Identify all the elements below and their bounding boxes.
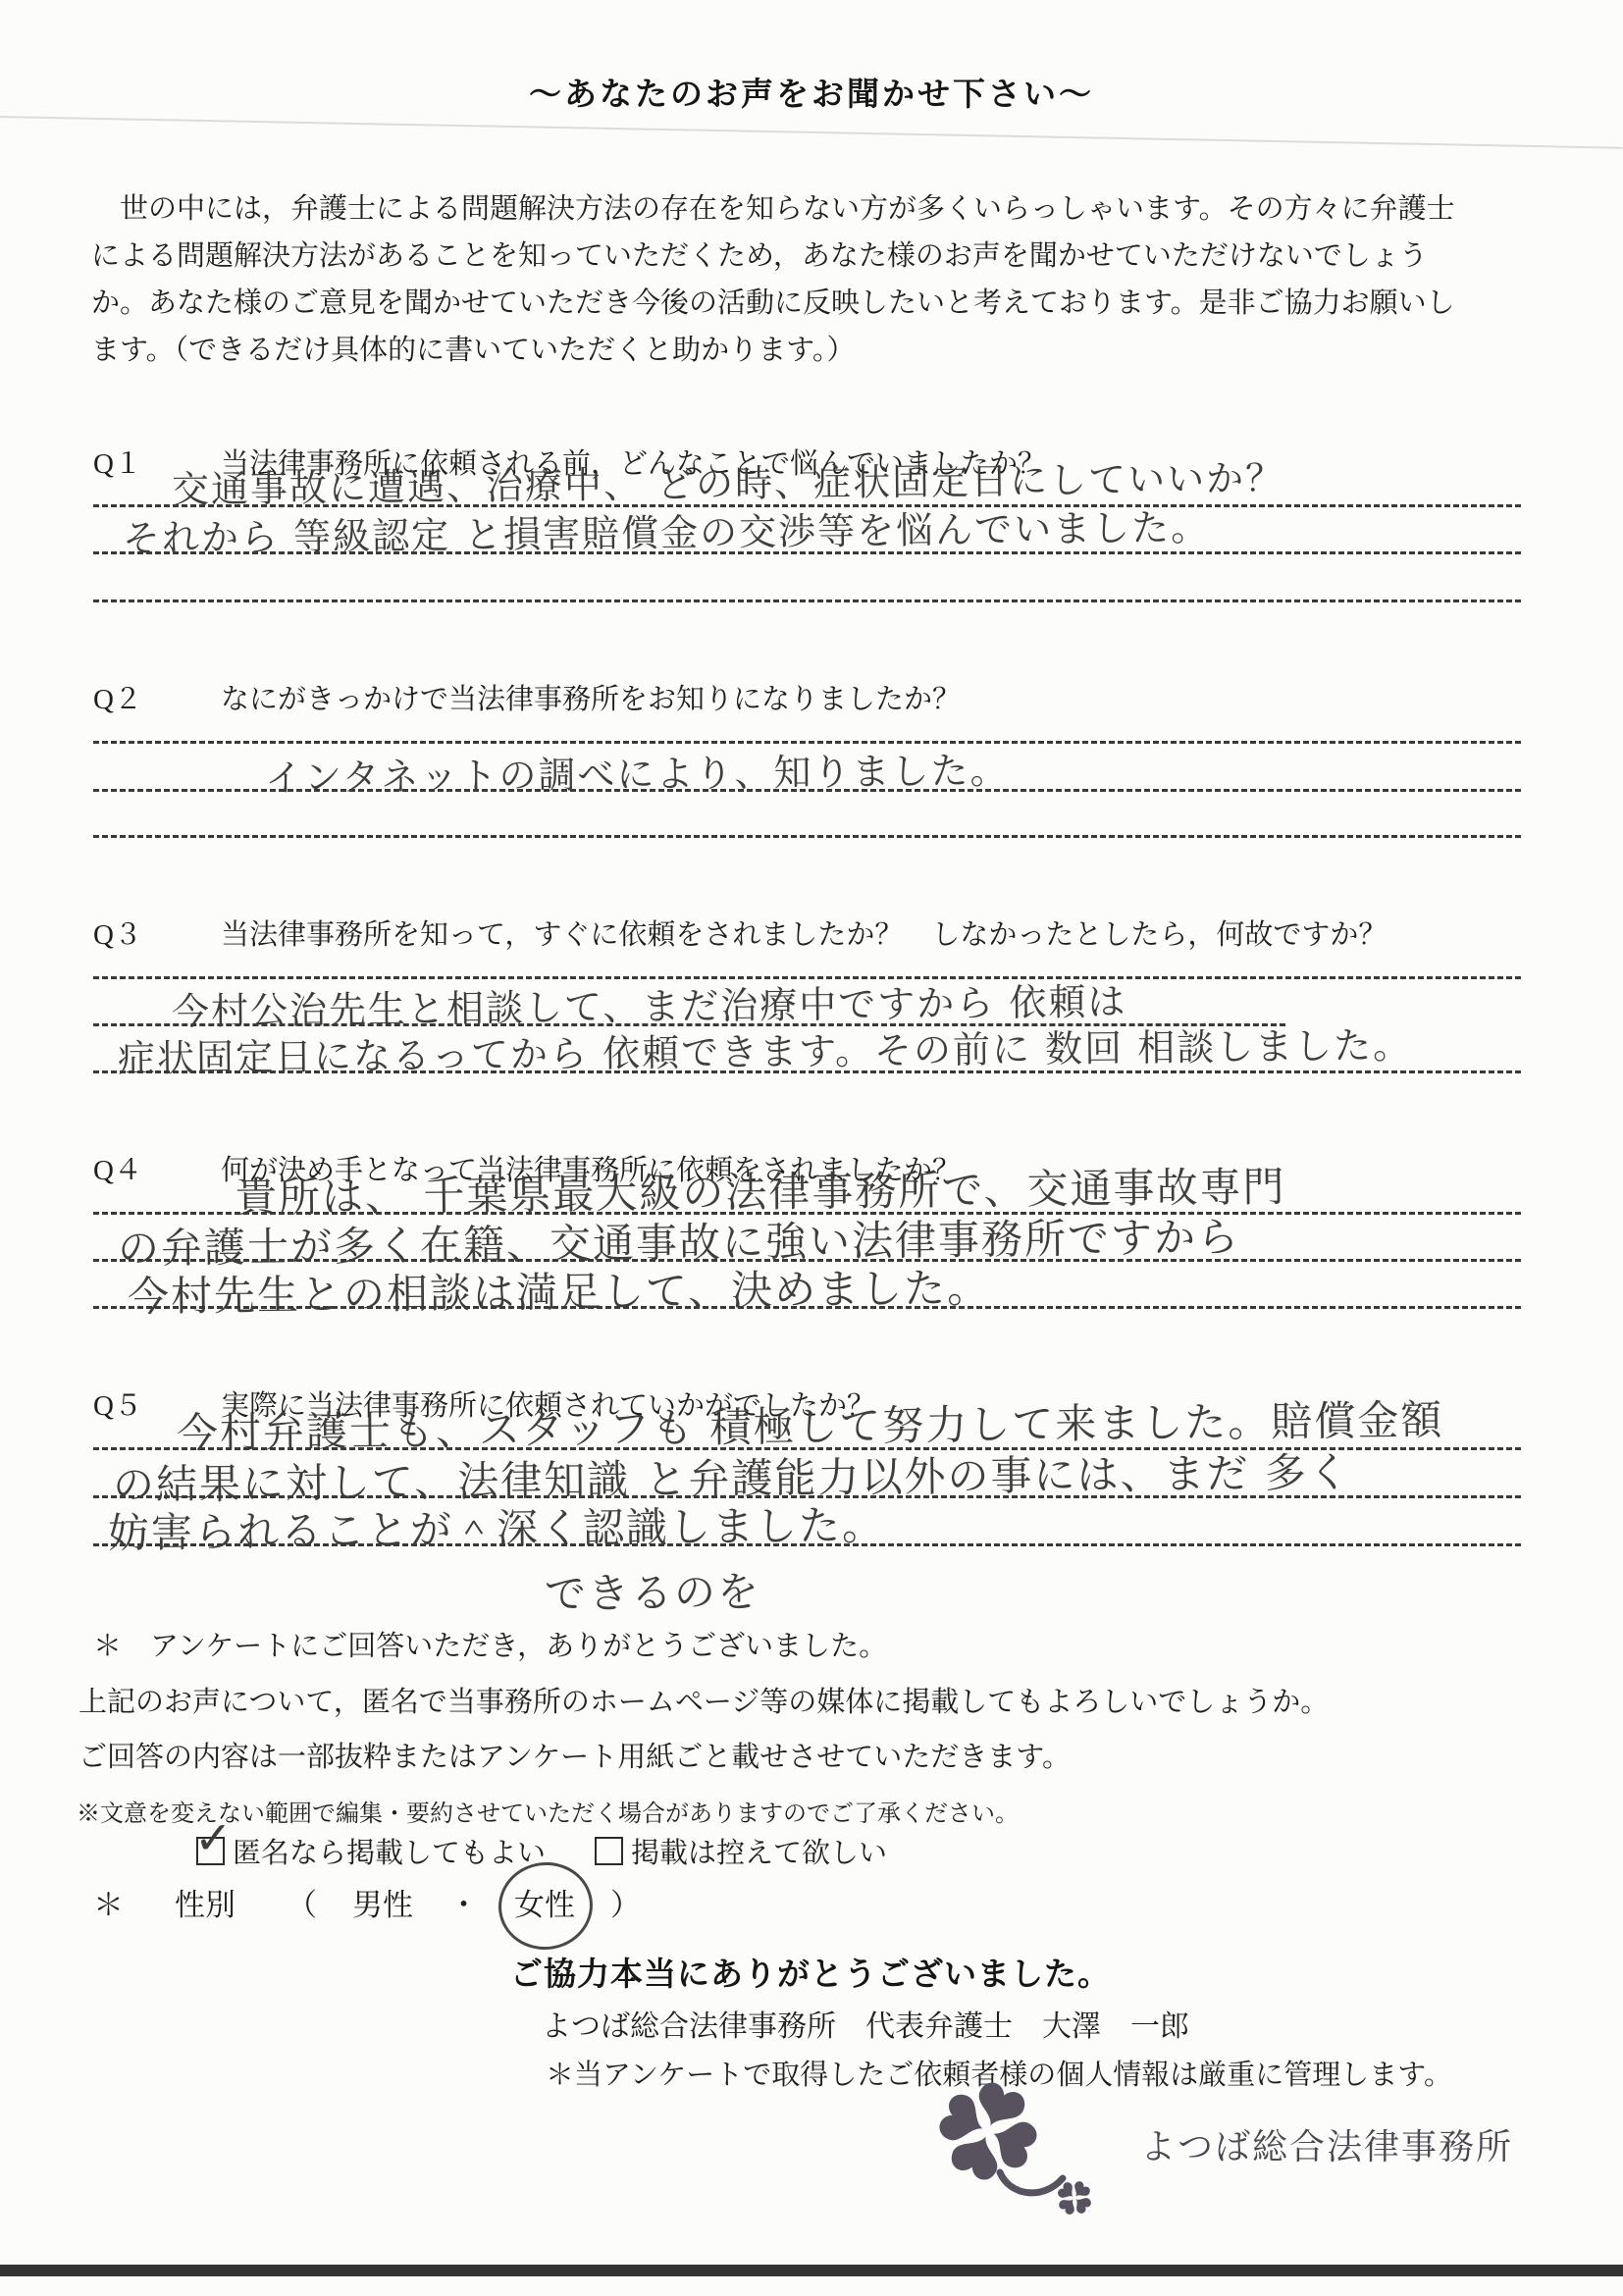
- gender-separator: ・: [448, 1880, 479, 1924]
- scan-line-artifact: [0, 116, 1623, 149]
- answer-rule: [93, 1306, 1521, 1309]
- gender-asterisk: ＊: [93, 1880, 124, 1924]
- q4-answer-line-3: 今村先生との相談は満足して、決めました。: [128, 1256, 991, 1324]
- q5-inserted-correction: できるのを: [545, 1560, 761, 1621]
- answer-rule: [93, 789, 1521, 792]
- anonymous-publish-checkbox[interactable]: ✓: [196, 1837, 225, 1865]
- gender-paren-open: （: [287, 1880, 317, 1924]
- decline-publish-label: 掲載は控えて欲しい: [631, 1831, 887, 1871]
- thanks-note: ＊ アンケートにご回答いただき，ありがとうございました。: [93, 1624, 887, 1664]
- answer-rule: [93, 1070, 1521, 1073]
- scanned-survey-page: ～あなたのお声をお聞かせ下さい～ 世の中には，弁護士による問題解決方法の存在を知…: [0, 0, 1623, 2296]
- publish-option-decline[interactable]: 掲載は控えて欲しい: [595, 1831, 887, 1871]
- page-title: ～あなたのお声をお聞かせ下さい～: [0, 69, 1623, 115]
- publish-detail: ご回答の内容は一部抜粋またはアンケート用紙ごと載せさせていただきます。: [79, 1735, 1071, 1775]
- gender-label: 性別: [175, 1880, 236, 1924]
- intro-line: か。あなた様のご意見を聞かせていただき今後の活動に反映したいと考えております。是…: [91, 281, 1455, 321]
- scan-edge-artifact: [0, 2265, 1623, 2276]
- answer-rule: [93, 600, 1521, 602]
- firm-signature: よつば総合法律事務所 代表弁護士 大澤 一郎: [542, 2002, 1189, 2045]
- gender-option-female[interactable]: 女性: [514, 1880, 575, 1924]
- intro-line: 世の中には，弁護士による問題解決方法の存在を知らない方が多くいらっしゃいます。そ…: [91, 186, 1455, 227]
- logo-firm-name: よつば総合法律事務所: [1140, 2119, 1513, 2169]
- publish-question: 上記のお声について，匿名で当事務所のホームページ等の媒体に掲載してもよろしいでし…: [79, 1680, 1329, 1720]
- gender-paren-close: ）: [610, 1880, 641, 1924]
- closing-thanks: ご協力本当にありがとうございました。: [510, 1949, 1111, 1995]
- answer-rule: [93, 835, 1521, 838]
- circle-annotation: [494, 1856, 598, 1955]
- answer-rule: [93, 1543, 1521, 1546]
- q5-answer-line-3: 妨害られることが＾深く認識しました。: [108, 1493, 886, 1560]
- publish-option-anonymous[interactable]: ✓ 匿名なら掲載してもよい: [196, 1831, 546, 1871]
- gender-option-male[interactable]: 男性: [352, 1880, 413, 1924]
- check-icon: ✓: [194, 1815, 233, 1860]
- q2-label: なにがきっかけで当法律事務所をお知りになりましたか？: [221, 677, 961, 717]
- anonymous-publish-label: 匿名なら掲載してもよい: [233, 1831, 546, 1871]
- q3-number: Q３: [93, 913, 142, 953]
- q3-label: 当法律事務所を知って，すぐに依頼をされましたか？ しなかったとしたら，何故ですか…: [221, 913, 1387, 953]
- q4-number: Q４: [93, 1148, 142, 1188]
- clover-logo-icon: [917, 2070, 1138, 2242]
- intro-line: ます。（できるだけ具体的に書いていただくと助かります。）: [91, 328, 855, 368]
- answer-rule: [93, 551, 1521, 554]
- q2-number: Q２: [93, 677, 142, 717]
- q1-number: Q１: [93, 442, 142, 482]
- gender-row: ＊ 性別 （ 男性 ・ 女性 ）: [93, 1880, 641, 1924]
- q5-number: Q５: [93, 1383, 142, 1424]
- q2-answer-line-1: インタネットの調べにより、知りました。: [265, 740, 1010, 802]
- decline-publish-checkbox[interactable]: [595, 1837, 623, 1865]
- intro-line: による問題解決方法があることを知っていただくため，あなた様のお声を聞かせていただ…: [91, 234, 1428, 274]
